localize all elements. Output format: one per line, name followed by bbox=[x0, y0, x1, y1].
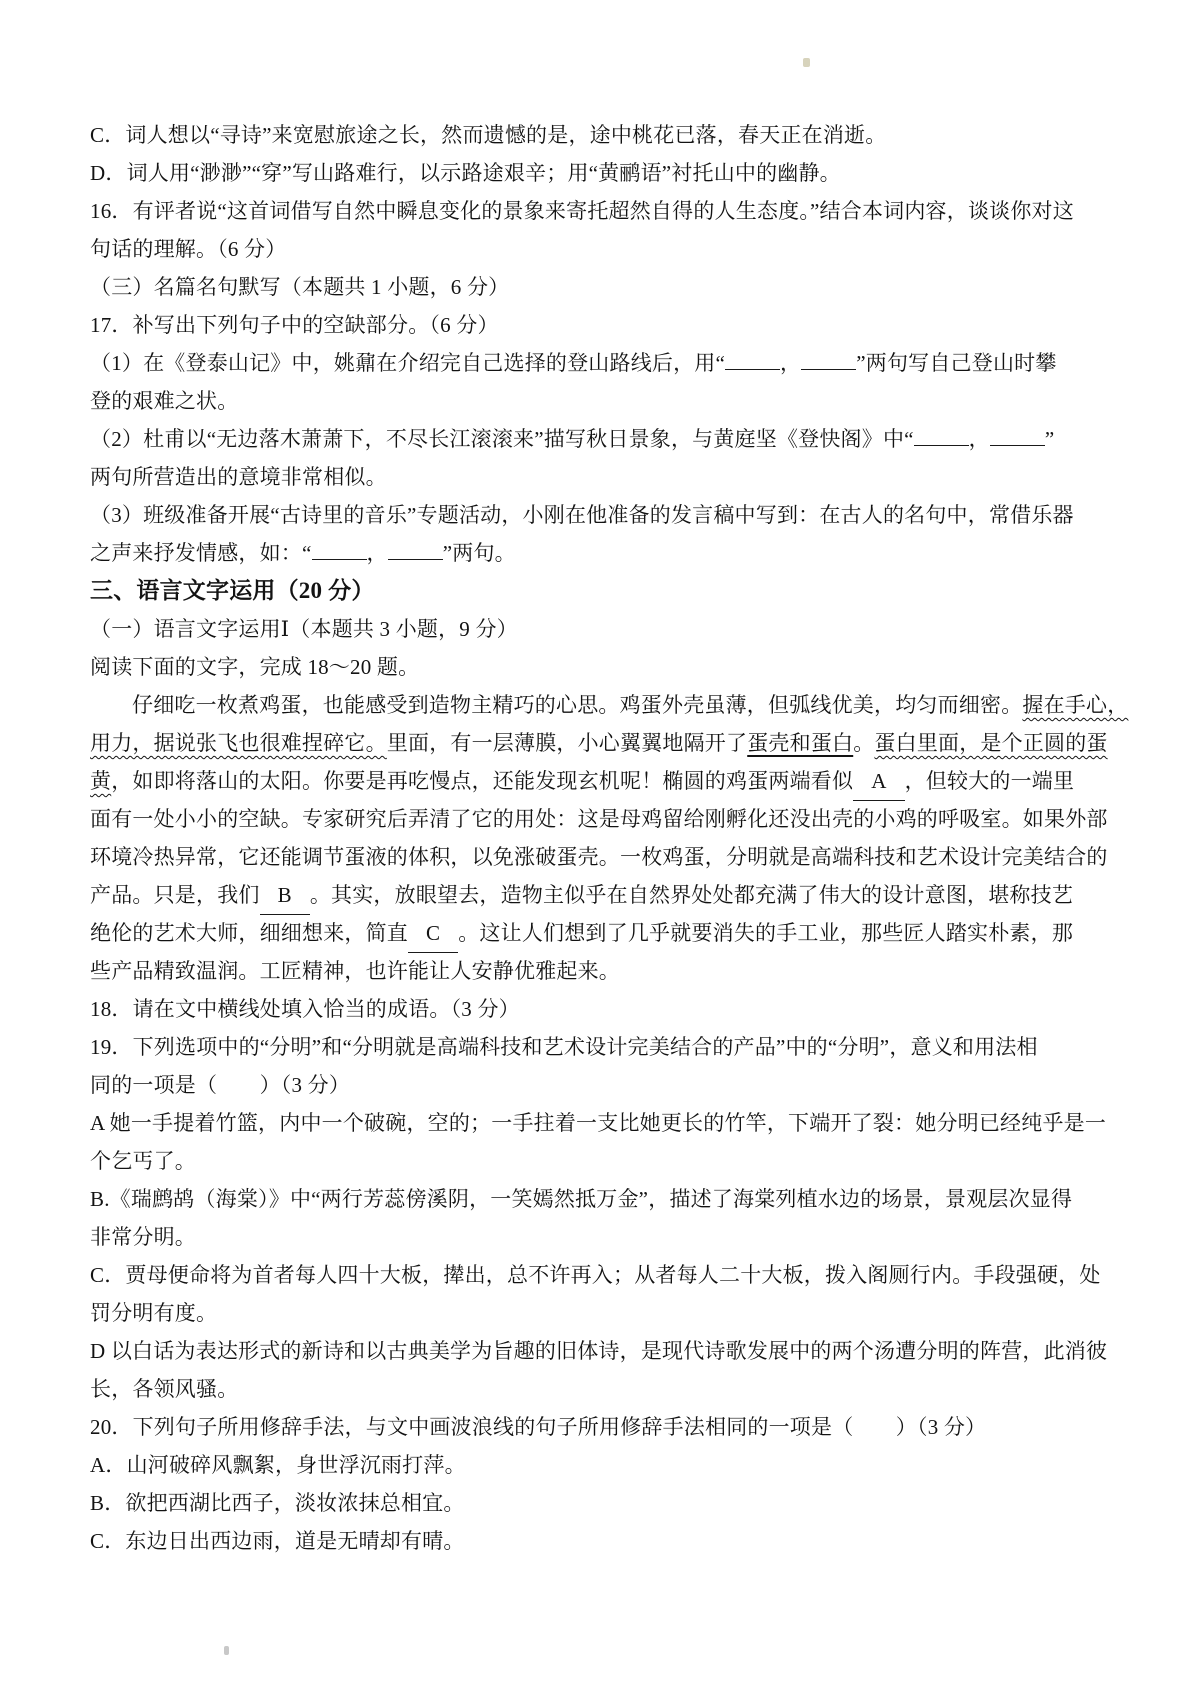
labeled-blank: B bbox=[260, 876, 310, 915]
answer-blank bbox=[914, 424, 969, 446]
doc-line: 之声来抒发情感，如：“，”两句。 bbox=[90, 534, 1114, 572]
doc-line: 同的一项是（ ）（3 分） bbox=[90, 1066, 1114, 1104]
doc-line: 用力，据说张飞也很难捏碎它。里面，有一层薄膜，小心翼翼地隔开了蛋壳和蛋白。蛋白里… bbox=[90, 724, 1114, 762]
doc-line: C．词人想以“寻诗”来宽慰旅途之长，然而遗憾的是，途中桃花已落，春天正在消逝。 bbox=[90, 116, 1114, 154]
text-run: 三、语言文字运用（20 分） bbox=[90, 578, 375, 603]
doc-line: 面有一处小小的空缺。专家研究后弄清了它的用处：这是母鸡留给刚孵化还没出壳的小鸡的… bbox=[90, 800, 1114, 838]
scan-speck-bottom bbox=[224, 1646, 229, 1655]
text-run: 个乞丐了。 bbox=[90, 1149, 196, 1173]
doc-line: 产品。只是，我们B。其实，放眼望去，造物主似乎在自然界处处都充满了伟大的设计意图… bbox=[90, 876, 1114, 914]
text-run: 。这让人们想到了几乎就要消失的手工业，那些匠人踏实朴素，那 bbox=[458, 921, 1073, 945]
text-run: 。其实，放眼望去，造物主似乎在自然界处处都充满了伟大的设计意图，堪称技艺 bbox=[310, 883, 1073, 907]
labeled-blank: A bbox=[853, 762, 904, 801]
doc-line: A．山河破碎风飘絮，身世浮沉雨打萍。 bbox=[90, 1446, 1114, 1484]
text-run: （2）杜甫以“无边落木萧萧下，不尽长江滚滚来”描写秋日景象，与黄庭坚《登快阁》中… bbox=[90, 427, 914, 451]
doc-line: 阅读下面的文字，完成 18～20 题。 bbox=[90, 648, 1114, 686]
doc-line: A 她一手提着竹篮，内中一个破碗，空的；一手拄着一支比她更长的竹竿，下端开了裂：… bbox=[90, 1104, 1114, 1142]
text-run: D 以白话为表达形式的新诗和以古典美学为旨趣的旧体诗，是现代诗歌发展中的两个汤遭… bbox=[90, 1339, 1107, 1363]
text-run: （1）在《登泰山记》中，姚鼐在介绍完自己选择的登山路线后，用“ bbox=[90, 351, 725, 375]
text-run: 环境冷热异常，它还能调节蛋液的体积，以免涨破蛋壳。一枚鸡蛋，分明就是高端科技和艺… bbox=[90, 845, 1108, 869]
doc-line: C．东边日出西边雨，道是无晴却有晴。 bbox=[90, 1522, 1114, 1560]
doc-line: 仔细吃一枚煮鸡蛋，也能感受到造物主精巧的心思。鸡蛋外壳虽薄，但弧线优美，均匀而细… bbox=[90, 686, 1114, 724]
text-run: 罚分明有度。 bbox=[90, 1301, 217, 1325]
text-run: 非常分明。 bbox=[90, 1225, 196, 1249]
text-run: B.《瑞鹧鸪（海棠）》中“两行芳蕊傍溪阴，一笑嫣然抵万金”，描述了海棠列植水边的… bbox=[90, 1187, 1072, 1211]
wavy-underlined-text: 握在手心， bbox=[1022, 693, 1128, 717]
text-run: 阅读下面的文字，完成 18～20 题。 bbox=[90, 655, 419, 679]
wavy-underlined-text: 黄 bbox=[90, 769, 111, 793]
text-run: 登的艰难之状。 bbox=[90, 389, 238, 413]
doc-line: （2）杜甫以“无边落木萧萧下，不尽长江滚滚来”描写秋日景象，与黄庭坚《登快阁》中… bbox=[90, 420, 1114, 458]
text-run: 16．有评者说“这首词借写自然中瞬息变化的景象来寄托超然自得的人生态度。”结合本… bbox=[90, 199, 1074, 223]
text-run: 17．补写出下列句子中的空缺部分。（6 分） bbox=[90, 313, 499, 337]
doc-line: 18．请在文中横线处填入恰当的成语。（3 分） bbox=[90, 990, 1114, 1028]
text-run: A 她一手提着竹篮，内中一个破碗，空的；一手拄着一支比她更长的竹竿，下端开了裂：… bbox=[90, 1111, 1106, 1135]
text-run: 仔细吃一枚煮鸡蛋，也能感受到造物主精巧的心思。鸡蛋外壳虽薄，但弧线优美，均匀而细… bbox=[132, 693, 1022, 717]
labeled-blank: C bbox=[408, 914, 458, 953]
doc-line: （3）班级准备开展“古诗里的音乐”专题活动，小刚在他准备的发言稿中写到：在古人的… bbox=[90, 496, 1114, 534]
text-run: 里面，有一层薄膜，小心翼翼地隔开了 bbox=[387, 731, 747, 755]
doc-line: 个乞丐了。 bbox=[90, 1142, 1114, 1180]
text-run: （三）名篇名句默写（本题共 1 小题，6 分） bbox=[90, 275, 509, 299]
text-run: 20．下列句子所用修辞手法，与文中画波浪线的句子所用修辞手法相同的一项是（ ）（… bbox=[90, 1415, 986, 1439]
text-run: C．东边日出西边雨，道是无晴却有晴。 bbox=[90, 1529, 465, 1553]
doc-line: 两句所营造出的意境非常相似。 bbox=[90, 458, 1114, 496]
text-run: ， bbox=[367, 541, 388, 565]
doc-line: 罚分明有度。 bbox=[90, 1294, 1114, 1332]
text-run: 句话的理解。（6 分） bbox=[90, 237, 286, 261]
text-run: ，如即将落山的太阳。你要是再吃慢点，还能发现玄机呢！椭圆的鸡蛋两端看似 bbox=[111, 769, 853, 793]
text-run: 产品。只是，我们 bbox=[90, 883, 260, 907]
text-run: A．山河破碎风飘絮，身世浮沉雨打萍。 bbox=[90, 1453, 466, 1477]
text-run: ，但较大的一端里 bbox=[905, 769, 1075, 793]
doc-line: 20．下列句子所用修辞手法，与文中画波浪线的句子所用修辞手法相同的一项是（ ）（… bbox=[90, 1408, 1114, 1446]
doc-line: 长，各领风骚。 bbox=[90, 1370, 1114, 1408]
wavy-underlined-text: 蛋白里面，是个正圆的蛋 bbox=[874, 731, 1107, 755]
doc-line: 登的艰难之状。 bbox=[90, 382, 1114, 420]
doc-line: B.《瑞鹧鸪（海棠）》中“两行芳蕊傍溪阴，一笑嫣然抵万金”，描述了海棠列植水边的… bbox=[90, 1180, 1114, 1218]
doc-line: B．欲把西湖比西子，淡妆浓抹总相宜。 bbox=[90, 1484, 1114, 1522]
text-run: 绝伦的艺术大师，细细想来，简直 bbox=[90, 921, 408, 945]
text-run: 两句所营造出的意境非常相似。 bbox=[90, 465, 387, 489]
text-run: （3）班级准备开展“古诗里的音乐”专题活动，小刚在他准备的发言稿中写到：在古人的… bbox=[90, 503, 1074, 527]
doc-line: 17．补写出下列句子中的空缺部分。（6 分） bbox=[90, 306, 1114, 344]
text-run: 。 bbox=[853, 731, 874, 755]
doc-line: 非常分明。 bbox=[90, 1218, 1114, 1256]
doc-line: C．贾母便命将为首者每人四十大板，撵出，总不许再入；从者每人二十大板，拨入阁厕行… bbox=[90, 1256, 1114, 1294]
doc-line: 环境冷热异常，它还能调节蛋液的体积，以免涨破蛋壳。一枚鸡蛋，分明就是高端科技和艺… bbox=[90, 838, 1114, 876]
answer-blank bbox=[725, 348, 780, 370]
text-run: （一）语言文字运用Ⅰ（本题共 3 小题，9 分） bbox=[90, 617, 518, 641]
text-run: 之声来抒发情感，如：“ bbox=[90, 541, 312, 565]
doc-line: D．词人用“渺渺”“穿”写山路难行，以示路途艰辛；用“黄鹂语”衬托山中的幽静。 bbox=[90, 154, 1114, 192]
doc-line: 些产品精致温润。工匠精神，也许能让人安静优雅起来。 bbox=[90, 952, 1114, 990]
text-run: 18．请在文中横线处填入恰当的成语。（3 分） bbox=[90, 997, 520, 1021]
text-run: 些产品精致温润。工匠精神，也许能让人安静优雅起来。 bbox=[90, 959, 620, 983]
text-run: 长，各领风骚。 bbox=[90, 1377, 238, 1401]
doc-line: （1）在《登泰山记》中，姚鼐在介绍完自己选择的登山路线后，用“，”两句写自己登山… bbox=[90, 344, 1114, 382]
text-run: ， bbox=[780, 351, 801, 375]
doc-line: （三）名篇名句默写（本题共 1 小题，6 分） bbox=[90, 268, 1114, 306]
text-run: C．词人想以“寻诗”来宽慰旅途之长，然而遗憾的是，途中桃花已落，春天正在消逝。 bbox=[90, 123, 886, 147]
text-run: B．欲把西湖比西子，淡妆浓抹总相宜。 bbox=[90, 1491, 465, 1515]
text-run: ” bbox=[1045, 427, 1055, 451]
text-run: ”两句写自己登山时攀 bbox=[856, 351, 1056, 375]
text-run: 面有一处小小的空缺。专家研究后弄清了它的用处：这是母鸡留给刚孵化还没出壳的小鸡的… bbox=[90, 807, 1108, 831]
answer-blank bbox=[312, 538, 367, 560]
answer-blank bbox=[990, 424, 1045, 446]
doc-line: （一）语言文字运用Ⅰ（本题共 3 小题，9 分） bbox=[90, 610, 1114, 648]
scan-speck-top bbox=[803, 58, 810, 67]
doc-line: 绝伦的艺术大师，细细想来，简直C。这让人们想到了几乎就要消失的手工业，那些匠人踏… bbox=[90, 914, 1114, 952]
text-run: C．贾母便命将为首者每人四十大板，撵出，总不许再入；从者每人二十大板，拨入阁厕行… bbox=[90, 1263, 1101, 1287]
doc-line: 16．有评者说“这首词借写自然中瞬息变化的景象来寄托超然自得的人生态度。”结合本… bbox=[90, 192, 1114, 230]
text-run: ， bbox=[969, 427, 990, 451]
text-run: D．词人用“渺渺”“穿”写山路难行，以示路途艰辛；用“黄鹂语”衬托山中的幽静。 bbox=[90, 161, 841, 185]
text-run: 同的一项是（ ）（3 分） bbox=[90, 1073, 350, 1097]
section-heading: 三、语言文字运用（20 分） bbox=[90, 572, 1114, 610]
doc-line: 黄，如即将落山的太阳。你要是再吃慢点，还能发现玄机呢！椭圆的鸡蛋两端看似A，但较… bbox=[90, 762, 1114, 800]
doc-line: 19．下列选项中的“分明”和“分明就是高端科技和艺术设计完美结合的产品”中的“分… bbox=[90, 1028, 1114, 1066]
text-run: ”两句。 bbox=[443, 541, 516, 565]
underlined-text: 蛋壳和蛋白 bbox=[747, 731, 853, 755]
answer-blank bbox=[801, 348, 856, 370]
answer-blank bbox=[388, 538, 443, 560]
wavy-underlined-text: 用力，据说张飞也很难捏碎它。 bbox=[90, 731, 387, 755]
doc-line: 句话的理解。（6 分） bbox=[90, 230, 1114, 268]
text-run: 19．下列选项中的“分明”和“分明就是高端科技和艺术设计完美结合的产品”中的“分… bbox=[90, 1035, 1038, 1059]
doc-line: D 以白话为表达形式的新诗和以古典美学为旨趣的旧体诗，是现代诗歌发展中的两个汤遭… bbox=[90, 1332, 1114, 1370]
document-page: C．词人想以“寻诗”来宽慰旅途之长，然而遗憾的是，途中桃花已落，春天正在消逝。D… bbox=[90, 116, 1114, 1560]
